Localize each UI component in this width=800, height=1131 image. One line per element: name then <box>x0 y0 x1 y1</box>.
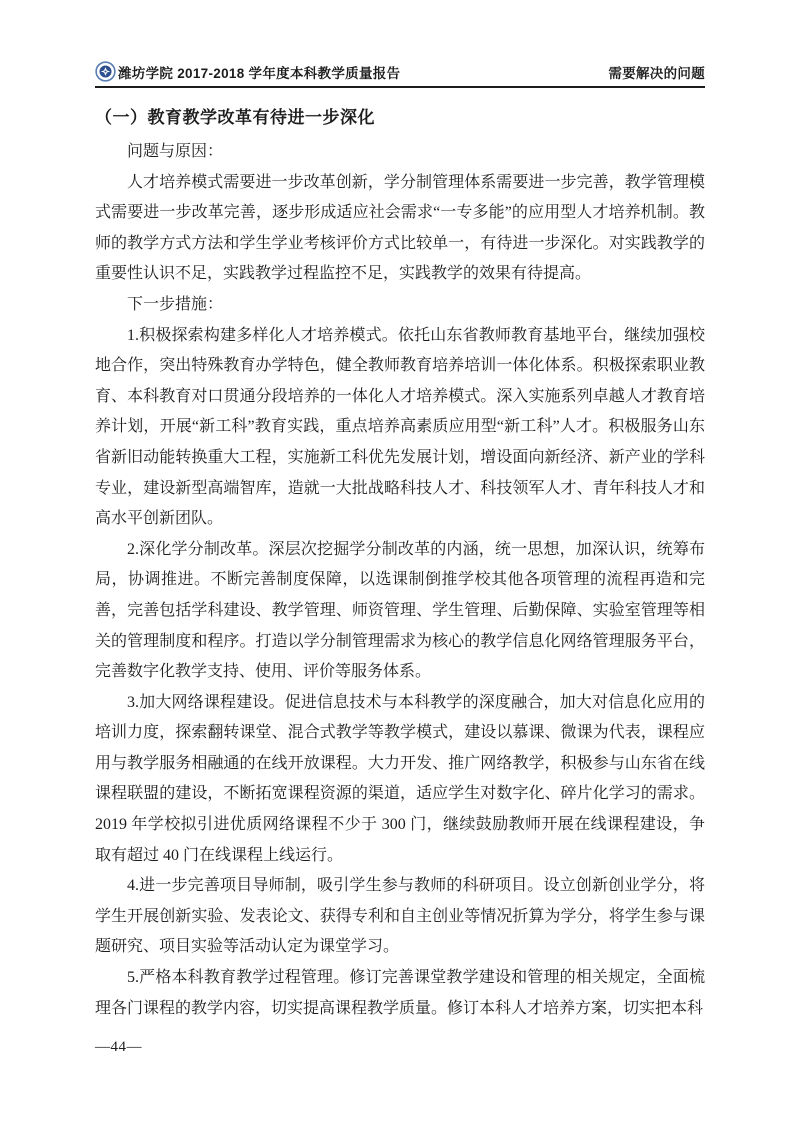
university-emblem-icon <box>95 61 116 82</box>
document-body: 问题与原因： 人才培养模式需要进一步改革创新，学分制管理体系需要进一步完善，教学… <box>95 137 705 1024</box>
paragraph-measure-3: 3.加大网络课程建设。促进信息技术与本科教学的深度融合，加大对信息化应用的培训力… <box>95 688 705 872</box>
paragraph-problems-text: 人才培养模式需要进一步改革创新，学分制管理体系需要进一步完善，教学管理模式需要进… <box>95 168 705 290</box>
page-header: 潍坊学院 2017-2018 学年度本科教学质量报告 需要解决的问题 <box>95 57 705 88</box>
paragraph-problems-label: 问题与原因： <box>95 137 705 168</box>
header-report-title: 潍坊学院 2017-2018 学年度本科教学质量报告 <box>118 62 400 82</box>
paragraph-measure-1: 1.积极探索构建多样化人才培养模式。依托山东省教师教育基地平台，继续加强校地合作… <box>95 321 705 535</box>
paragraph-measure-4: 4.进一步完善项目导师制，吸引学生参与教师的科研项目。设立创新创业学分，将学生开… <box>95 871 705 963</box>
section-heading: （一）教育教学改革有待进一步深化 <box>95 103 375 128</box>
paragraph-measures-label: 下一步措施： <box>95 290 705 321</box>
paragraph-measure-5: 5.严格本科教育教学过程管理。修订完善课堂教学建设和管理的相关规定，全面梳理各门… <box>95 963 705 1024</box>
header-section-label: 需要解决的问题 <box>608 62 705 82</box>
paragraph-measure-2: 2.深化学分制改革。深层次挖掘学分制改革的内涵，统一思想，加深认识，统筹布局，协… <box>95 535 705 688</box>
document-page: 潍坊学院 2017-2018 学年度本科教学质量报告 需要解决的问题 （一）教育… <box>95 0 705 1131</box>
page-number: —44— <box>95 1039 142 1056</box>
